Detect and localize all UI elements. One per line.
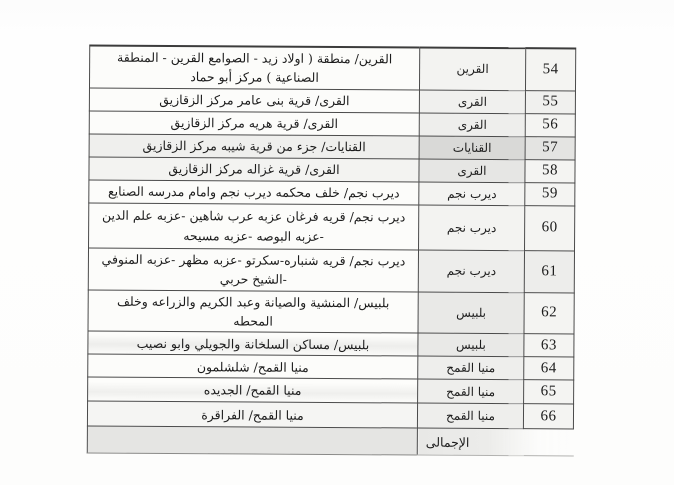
area-description-cell: منيا القمح/ الفراقرة [87, 401, 417, 428]
row-number-cell: 62 [524, 292, 574, 334]
area-name-cell: منيا القمح [418, 356, 524, 380]
table-row: 59 ديرب نجم ديرب نجم/ خلف محكمه ديرب نجم… [89, 180, 575, 206]
table-row: 54 القرين القرين/ منطقة ( اولاد زيد - ال… [89, 46, 575, 91]
table-row: 65 منيا القمح منيا القمح/ الجديده [88, 377, 574, 404]
area-name-cell: القنايات [419, 136, 525, 160]
table-row: 58 القرى القرى/ قرية غزاله مركز الزقازيق [89, 157, 575, 183]
area-description-cell: بلبيس/ المنشية والصيانة وعبد الكريم والز… [88, 290, 418, 334]
table-row: 57 القنايات القنايات/ جزء من قرية شيبه م… [89, 134, 575, 160]
area-name-cell: ديرب نجم [419, 182, 525, 206]
area-name-cell: ديرب نجم [418, 250, 524, 292]
area-name-cell: منيا القمح [417, 403, 523, 429]
area-description-cell: منيا القمح/ شلشلمون [88, 354, 418, 379]
table-row: 62 بلبيس بلبيس/ المنشية والصيانة وعبد ال… [88, 290, 574, 335]
row-number-cell: 61 [524, 250, 574, 292]
area-description-cell: القرى/ قرية هريه مركز الزقازيق [89, 111, 419, 136]
area-description-cell: القرين/ منطقة ( اولاد زيد - الصوامع القر… [89, 46, 419, 90]
table-row: 64 منيا القمح منيا القمح/ شلشلمون [88, 354, 574, 380]
regions-table-wrap: 54 القرين القرين/ منطقة ( اولاد زيد - ال… [87, 45, 575, 457]
area-name-cell: ديرب نجم [419, 205, 525, 251]
row-number-cell: 55 [525, 90, 575, 113]
table-row: 61 ديرب نجم ديرب نجم/ قريه شنباره-سكرتو … [88, 248, 574, 293]
area-description-cell: بلبيس/ مساكن السلخانة والجويلي وابو نصيب [88, 331, 418, 356]
area-name-cell: القرى [419, 159, 525, 183]
area-name-cell: القرى [419, 90, 525, 114]
row-number-cell: 60 [525, 205, 575, 250]
area-name-cell: بلبيس [418, 333, 524, 357]
row-number-cell: 57 [525, 136, 575, 159]
row-number-cell: 65 [524, 380, 574, 404]
area-name-cell: بلبيس [418, 292, 524, 334]
total-row: الإجمالى [87, 426, 573, 456]
table-row: 66 منيا القمح منيا القمح/ الفراقرة [87, 401, 573, 429]
row-number-cell: 66 [523, 404, 573, 429]
row-number-cell: 54 [525, 48, 575, 91]
scanned-document-page: 54 القرين القرين/ منطقة ( اولاد زيد - ال… [0, 0, 674, 485]
area-description-cell: ديرب نجم/ خلف محكمه ديرب نجم وامام مدرسه… [89, 180, 419, 205]
regions-table: 54 القرين القرين/ منطقة ( اولاد زيد - ال… [87, 45, 576, 457]
total-empty-cell [87, 426, 417, 455]
row-number-cell: 56 [525, 113, 575, 136]
area-description-cell: القنايات/ جزء من قرية شيبه مركز الزقازيق [89, 134, 419, 159]
area-name-cell: القرين [419, 48, 525, 91]
table-row: 56 القرى القرى/ قرية هريه مركز الزقازيق [89, 111, 575, 137]
area-description-cell: القرى/ قرية بنى عامر مركز الزقازيق [89, 88, 419, 113]
total-label: الإجمالى [417, 428, 573, 456]
table-row: 60 ديرب نجم ديرب نجم/ قريه فرغان عزبه عر… [89, 203, 575, 251]
row-number-cell: 59 [525, 182, 575, 205]
table-body: 54 القرين القرين/ منطقة ( اولاد زيد - ال… [87, 46, 575, 430]
area-name-cell: القرى [419, 113, 525, 137]
row-number-cell: 58 [525, 159, 575, 182]
area-description-cell: ديرب نجم/ قريه فرغان عزبه عرب شاهين -عزب… [89, 203, 419, 250]
table-row: 55 القرى القرى/ قرية بنى عامر مركز الزقا… [89, 88, 575, 114]
area-description-cell: القرى/ قرية غزاله مركز الزقازيق [89, 157, 419, 182]
table-footer: الإجمالى [87, 426, 573, 456]
area-description-cell: منيا القمح/ الجديده [88, 377, 418, 403]
area-description-cell: ديرب نجم/ قريه شنباره-سكرتو -عزبه مظهر -… [88, 248, 418, 292]
row-number-cell: 63 [524, 334, 574, 357]
table-row: 63 بلبيس بلبيس/ مساكن السلخانة والجويلي … [88, 331, 574, 357]
area-name-cell: منيا القمح [418, 379, 524, 404]
row-number-cell: 64 [524, 357, 574, 380]
